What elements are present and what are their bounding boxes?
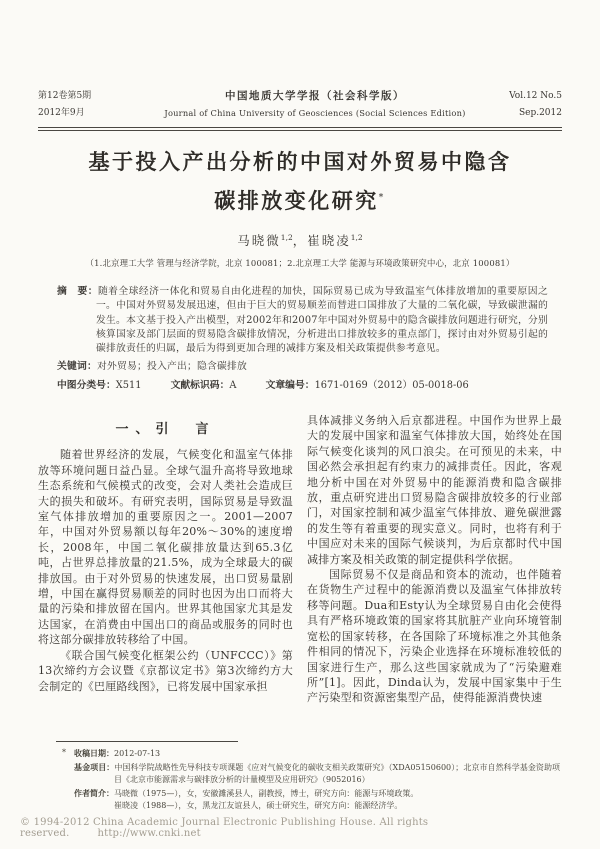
issue-date-en: Sep.2012 <box>482 105 562 122</box>
keywords-line: 关键词：对外贸易；投入产出；隐含碳排放 <box>57 360 548 374</box>
article-title-line2: 碳排放变化研究 <box>214 188 379 213</box>
cnki-url: http://www.cnki.net <box>97 828 200 839</box>
author-bio-line: 崔晓凌（1988—），女，黑龙江友谊县人，硕士研究生，研究方向：能源经济学。 <box>74 800 560 813</box>
article-title: 基于投入产出分析的中国对外贸易中隐含 碳排放变化研究* <box>40 144 560 219</box>
classification-line: 中图分类号：X511 文献标识码：A 文章编号：1671-0169（2012）0… <box>57 379 548 393</box>
author-bio-text: 马晓微（1975—），女，安徽濉溪县人，副教授，博士，研究方向：能源与环境政策。 <box>114 789 418 798</box>
author-name: 崔晓凌 <box>307 233 351 248</box>
journal-name-cn: 中国地质大学学报（社会科学版） <box>148 88 482 105</box>
header-issue-block: 第12卷第5期 2012年9月 <box>38 88 148 122</box>
clc-number: 中图分类号：X511 <box>57 380 141 391</box>
body-paragraph: 国际贸易不仅是商品和资本的流动，也伴随着在货物生产过程中的能源消费以及温室气体排… <box>307 567 562 706</box>
issue-number: 第12卷第5期 <box>38 88 148 105</box>
footnote-block: *收稿日期：2012-07-13 基金项目：中国科学院战略性先导科技专项课题《应… <box>56 741 560 813</box>
article-id: 文章编号：1671-0169（2012）05-0018-06 <box>266 380 469 391</box>
issue-date-cn: 2012年9月 <box>38 105 148 122</box>
clc-value: X511 <box>116 380 142 391</box>
fund-project-label: 基金项目： <box>74 762 114 772</box>
cnki-copyright-footer: © 1994-2012 China Academic Journal Elect… <box>20 817 600 839</box>
affiliation-line: （1.北京理工大学 管理与经济学院，北京 100081；2.北京理工大学 能源与… <box>0 257 600 269</box>
abstract-label: 摘 要： <box>57 286 98 297</box>
left-column: 一、引 言 随着世界经济的发展，气候变化和温室气体排放等环境问题日益凸显。全球气… <box>38 413 293 749</box>
document-code-label: 文献标识码： <box>171 380 230 391</box>
author-name: 马晓微 <box>237 233 281 248</box>
journal-name-en: Journal of China University of Geoscienc… <box>148 105 482 122</box>
document-code: 文献标识码：A <box>171 380 237 391</box>
section-heading-introduction: 一、引 言 <box>38 422 293 437</box>
author-separator: ， <box>293 233 308 248</box>
authors-line: 马晓微1,2，崔晓凌1,2 <box>0 231 600 249</box>
article-id-value: 1671-0169（2012）05-0018-06 <box>315 380 469 391</box>
fund-project-line: 基金项目：中国科学院战略性先导科技专项课题《应对气候变化的碳收支相关政策研究》（… <box>74 761 560 787</box>
abstract: 摘 要：随着全球经济一体化和贸易自由化进程的加快，国际贸易已成为导致温室气体排放… <box>57 285 548 356</box>
article-meta: 摘 要：随着全球经济一体化和贸易自由化进程的加快，国际贸易已成为导致温室气体排放… <box>57 285 548 393</box>
clc-label: 中图分类号： <box>57 380 116 391</box>
received-date-line: *收稿日期：2012-07-13 <box>74 747 560 761</box>
author-bio-label: 作者简介： <box>74 788 114 798</box>
keywords-label: 关键词： <box>57 361 97 372</box>
header-volume-block: Vol.12 No.5 Sep.2012 <box>482 88 562 122</box>
author-bio-line: 作者简介：马晓微（1975—），女，安徽濉溪县人，副教授，博士，研究方向：能源与… <box>74 787 560 801</box>
received-date-label: 收稿日期： <box>74 748 114 758</box>
article-body: 一、引 言 随着世界经济的发展，气候变化和温室气体排放等环境问题日益凸显。全球气… <box>38 413 562 749</box>
article-id-label: 文章编号： <box>266 380 315 391</box>
body-paragraph: 《联合国气候变化框架公约（UNFCCC）》第13次缔约方会议暨《京都议定书》第3… <box>38 648 293 694</box>
volume-number: Vol.12 No.5 <box>482 88 562 105</box>
footnote-divider <box>56 741 238 742</box>
journal-name-block: 中国地质大学学报（社会科学版） Journal of China Univers… <box>148 88 482 122</box>
footnote-mark: * <box>62 747 66 760</box>
journal-header: 第12卷第5期 2012年9月 中国地质大学学报（社会科学版） Journal … <box>38 88 562 122</box>
keywords-text: 对外贸易；投入产出；隐含碳排放 <box>97 361 247 372</box>
author-affiliation-sup: 1,2 <box>351 233 363 242</box>
abstract-text: 随着全球经济一体化和贸易自由化进程的加快，国际贸易已成为导致温室气体排放增加的重… <box>96 286 548 354</box>
footnote-content: *收稿日期：2012-07-13 基金项目：中国科学院战略性先导科技专项课题《应… <box>56 747 560 813</box>
right-column: 具体减排义务纳入后京都进程。中国作为世界上最大的发展中国家和温室气体排放大国，始… <box>307 413 562 749</box>
copyright-text: © 1994-2012 China Academic Journal Elect… <box>20 817 428 839</box>
document-code-value: A <box>229 380 236 391</box>
body-paragraph: 具体减排义务纳入后京都进程。中国作为世界上最大的发展中国家和温室气体排放大国，始… <box>307 413 562 567</box>
journal-page: 第12卷第5期 2012年9月 中国地质大学学报（社会科学版） Journal … <box>0 0 600 849</box>
header-divider <box>38 127 562 131</box>
fund-project-text: 中国科学院战略性先导科技专项课题《应对气候变化的碳收支相关政策研究》（XDA05… <box>114 763 560 785</box>
received-date-value: 2012-07-13 <box>114 749 160 758</box>
body-paragraph: 随着世界经济的发展，气候变化和温室气体排放等环境问题日益凸显。全球气温升高将导致… <box>38 447 293 647</box>
title-footnote-mark: * <box>379 193 386 203</box>
article-title-line1: 基于投入产出分析的中国对外贸易中隐含 <box>89 149 512 174</box>
author-affiliation-sup: 1,2 <box>281 233 293 242</box>
